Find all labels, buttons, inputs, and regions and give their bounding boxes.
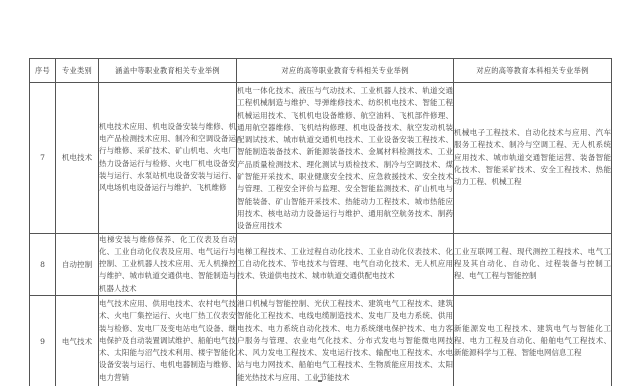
header-no: 序号 [30, 59, 56, 83]
table-row: 8 自动控制 电梯安装与维修保养、化工仪表及自动化、工业自动化仪表及应用、电气运… [30, 233, 612, 295]
row-undergraduate-majors: 工业互联网工程、现代测控工程技术、电气工程及其自动化、自动化、过程装备与控制工程… [454, 233, 612, 295]
table-row: 7 机电技术 机电技术应用、机电设备安装与维修、机电产品检测技术应用、制冷和空调… [30, 83, 612, 234]
row-vocational-majors: 港口机械与智能控制、光伏工程技术、建筑电气工程技术、建筑智能化工程技术、电线电缆… [237, 296, 454, 386]
header-undergraduate: 对应的高等教育本科相关专业举例 [454, 59, 612, 83]
row-secondary-majors: 电气技术应用、供用电技术、农村电气技术、火电厂集控运行、火电厂热工仪表安装与检修… [99, 296, 237, 386]
page-marker [318, 380, 322, 382]
header-category: 专业类别 [56, 59, 99, 83]
row-secondary-majors: 电梯安装与维修保养、化工仪表及自动化、工业自动化仪表及应用、电气运行与控制、工业… [99, 233, 237, 295]
major-mapping-table: 序号 专业类别 涵盖中等职业教育相关专业举例 对应的高等职业教育专科相关专业举例… [29, 58, 612, 386]
row-secondary-majors: 机电技术应用、机电设备安装与维修、机电产品检测技术应用、制冷和空调设备运行与维修… [99, 83, 237, 234]
row-number: 9 [30, 296, 56, 386]
row-undergraduate-majors: 机械电子工程技术、自动化技术与应用、汽车服务工程技术、制冷与空调工程、无人机系统… [454, 83, 612, 234]
table-row: 9 电气技术 电气技术应用、供用电技术、农村电气技术、火电厂集控运行、火电厂热工… [30, 296, 612, 386]
table-header-row: 序号 专业类别 涵盖中等职业教育相关专业举例 对应的高等职业教育专科相关专业举例… [30, 59, 612, 83]
row-vocational-majors: 电梯工程技术、工业过程自动化技术、工业自动化仪表技术、化工自动化技术、节电技术与… [237, 233, 454, 295]
header-vocational: 对应的高等职业教育专科相关专业举例 [237, 59, 454, 83]
row-category: 电气技术 [56, 296, 99, 386]
row-category: 自动控制 [56, 233, 99, 295]
header-secondary: 涵盖中等职业教育相关专业举例 [99, 59, 237, 83]
row-number: 7 [30, 83, 56, 234]
row-category: 机电技术 [56, 83, 99, 234]
row-number: 8 [30, 233, 56, 295]
row-vocational-majors: 机电一体化技术、液压与气动技术、工业机器人技术、轨道交通工程机械制造与维护、导弹… [237, 83, 454, 234]
row-undergraduate-majors: 新能源发电工程技术、建筑电气与智能化工程、电力工程及自动化、船舶电气工程技术、新… [454, 296, 612, 386]
